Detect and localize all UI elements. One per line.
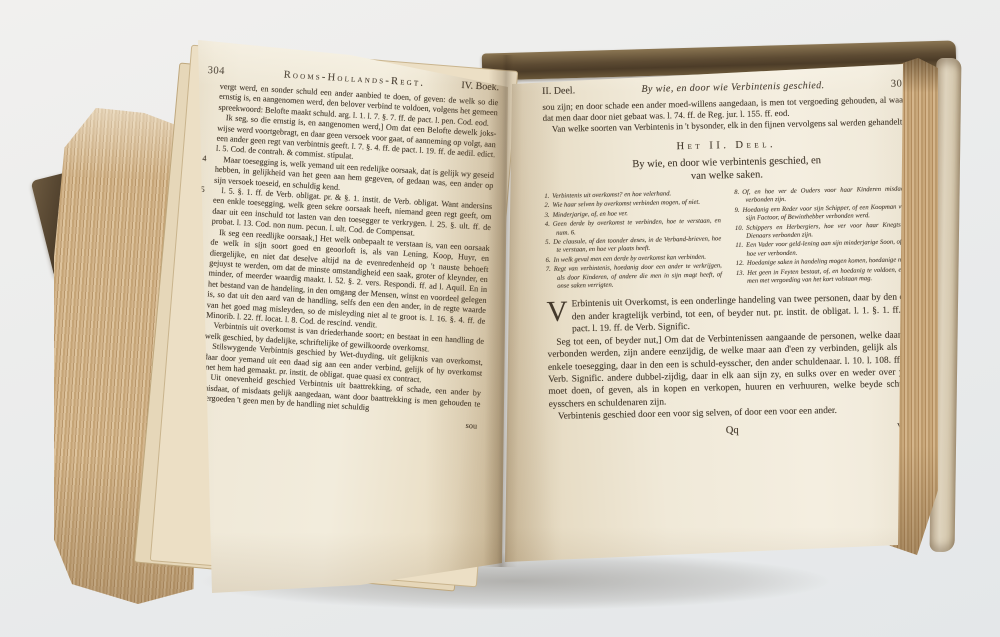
contents-item-number: 10. [735,224,746,231]
subtitle-line-2: van welke saken. [691,169,763,182]
paragraph-text: Erbintenis uit Overkomst, is een onderli… [571,293,912,335]
contents-item-number: 13. [736,269,747,276]
contents-item-text: Een Vader voor geld-lening aan sijn mind… [746,239,911,258]
contents-item-text: Wie haar selven by overkomst verbinden m… [552,199,700,209]
right-page-header: II. Deel. By wie, en door wie Verbinteni… [542,78,908,97]
paragraph-text: Ik seg een reedlijke oorsaak,] Het welk … [206,228,490,330]
left-page-content: 304 Rooms-Hollands-Regt. IV. Boek. vergt… [187,65,499,430]
right-part-label: II. Deel. [542,85,575,97]
body-paragraph: Seg tot een, of beyder nut,] Om dat de V… [547,329,914,411]
contents-item-number: 8. [734,189,742,196]
right-running-title: By wie, en door wie Verbintenis geschied… [583,79,883,96]
contents-item: 7.Regt van verbintenis, hoedanig door ee… [546,263,722,292]
contents-item-text: Minderjarige, of, en hoe ver. [553,210,628,219]
right-intro: sou zijn; en door schade een ander moed-… [542,94,909,135]
contents-item-text: Verbintenis uit overkomst? en hoe velerh… [552,190,671,199]
contents-item-text: De clausule, of den toonder deses, in de… [553,235,721,254]
signature-mark: Qq [549,421,915,440]
left-page-body: vergt werd, en sonder schuld een ander a… [188,81,499,420]
right-page-body: VErbintenis uit Overkomst, is een onderl… [546,292,915,424]
contents-item-number: 12. [736,260,747,267]
contents-item-text: Hoedanig een Reder voor sijn Schipper, o… [743,203,911,222]
contents-item-number: 11. [735,242,746,249]
contents-item-text: Of, en hoe ver de Ouders voor haar Kinde… [742,185,910,204]
margin-section-number: 4 [202,154,207,165]
contents-item-text: Regt van verbintenis, hoedanig door een … [554,263,722,290]
contents-item-text: Geen derde by overkomst te verbinden, ho… [553,218,721,237]
subtitle-line-1: By wie, en door wie verbintenis geschied… [632,155,821,170]
contents-item-number: 3. [545,212,553,219]
body-paragraph: 6Ik seg een reedlijke oorsaak,] Het welk… [206,227,490,337]
contents-item-text: Het geen in Feyten bestaat, of, en hoeda… [747,266,912,285]
book-gutter-shadow [483,55,522,567]
right-page-content: II. Deel. By wie, en door wie Verbinteni… [542,78,915,442]
section-heading: Het II. Deel. [543,136,909,155]
contents-column-right: 8.Of, en hoe ver de Ouders voor haar Kin… [734,185,912,288]
signature-row: Qq Ver- [549,421,915,443]
section-subtitle: By wie, en door wie verbintenis geschied… [544,152,910,186]
paragraph-text: Seg tot een, of beyder nut,] Om dat de V… [548,330,915,410]
contents-item-number: 5. [545,239,553,246]
left-page-number: 304 [207,65,248,78]
drop-cap: V [546,299,571,325]
photo-background: 304 Rooms-Hollands-Regt. IV. Boek. vergt… [0,0,1000,637]
contents-column-left: 1.Verbintenis uit overkomst? en hoe vele… [544,189,722,292]
contents-item: 13.Het geen in Feyten bestaat, of, en ho… [736,266,912,286]
contents-item-number: 9. [735,207,743,214]
contents-item-number: 1. [544,193,552,200]
contents-item-text: Schippers en Herbergiers, hoe ver voor h… [746,221,911,240]
contents-item-number: 4. [545,221,553,228]
chapter-contents: 1.Verbintenis uit overkomst? en hoe vele… [544,185,912,292]
right-page: II. Deel. By wie, en door wie Verbinteni… [498,50,960,580]
contents-item-number: 7. [546,266,554,273]
contents-item-number: 6. [546,257,554,264]
contents-item-number: 2. [544,202,552,209]
